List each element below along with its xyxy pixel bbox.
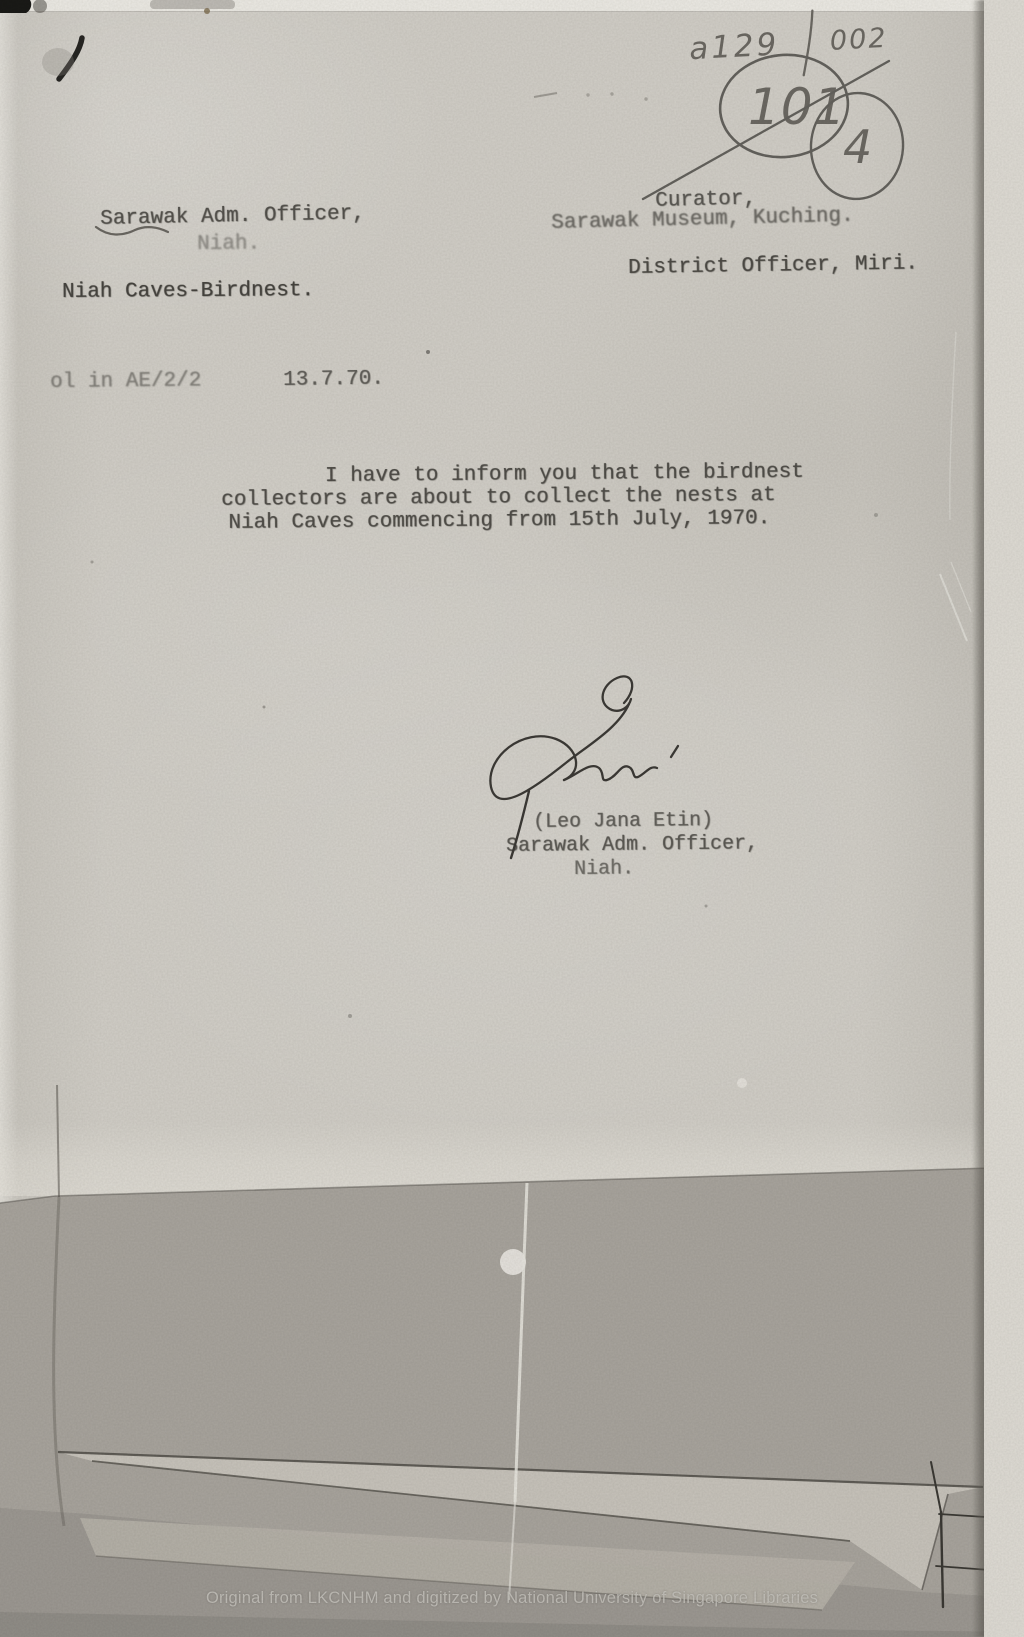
date-line: 13.7.70. xyxy=(283,368,384,392)
recipient-line-museum: Sarawak Museum, Kuching. xyxy=(551,205,854,235)
circled-page-number: 4 xyxy=(843,120,872,174)
subject-line: Niah Caves-Birdnest. xyxy=(62,279,314,304)
bottom-dark-area xyxy=(0,1508,1024,1637)
dust-specks xyxy=(91,350,879,1018)
scanner-background-strip xyxy=(984,0,1024,1637)
file-number-right: 002 xyxy=(829,23,888,57)
signatory-title: Sarawak Adm. Officer, xyxy=(506,832,758,858)
top-left-pen-stroke xyxy=(59,38,82,79)
sender-line-office: Sarawak Adm. Officer, xyxy=(100,202,365,231)
scanned-letter-page: Sarawak Adm. Officer, Niah. Curator, Sar… xyxy=(0,0,1024,1637)
signatory-place: Niah. xyxy=(574,857,634,881)
circle-around-101 xyxy=(715,49,853,164)
paper-grain-overlay xyxy=(0,0,1024,1637)
body-line: Niah Caves commencing from 15th July, 19… xyxy=(228,507,770,535)
scanner-edge-strip xyxy=(0,0,1024,12)
paper-sheet-edge-a xyxy=(58,1452,983,1590)
sender-line-place: Niah. xyxy=(197,232,260,256)
file-number-left: a129 xyxy=(688,27,780,68)
strike-through-line xyxy=(643,61,889,199)
file-number-slash xyxy=(800,11,815,76)
white-scratch xyxy=(515,1183,527,1502)
digitization-watermark: Original from LKCNHM and digitized by Na… xyxy=(0,1589,1024,1608)
circle-around-4 xyxy=(807,90,906,202)
faint-pencil-dashes xyxy=(534,92,648,100)
scan-artifacts-layer xyxy=(0,0,1024,1637)
handwriting-layer: a129 002 101 4 xyxy=(0,0,1024,1637)
signatory-name: (Leo Jana Etin) xyxy=(533,809,713,834)
dark-sheet-band xyxy=(0,1166,1024,1637)
crossed-out-number: 101 xyxy=(748,78,846,136)
white-spot xyxy=(500,1249,526,1275)
left-page-edge xyxy=(0,0,18,1637)
copy-line-district-officer: District Officer, Miri. xyxy=(628,252,918,280)
reference-number: ol in AE/2/2 xyxy=(50,369,201,394)
paper-fold-light-band xyxy=(0,1122,1024,1196)
pencil-smudge xyxy=(42,48,74,76)
